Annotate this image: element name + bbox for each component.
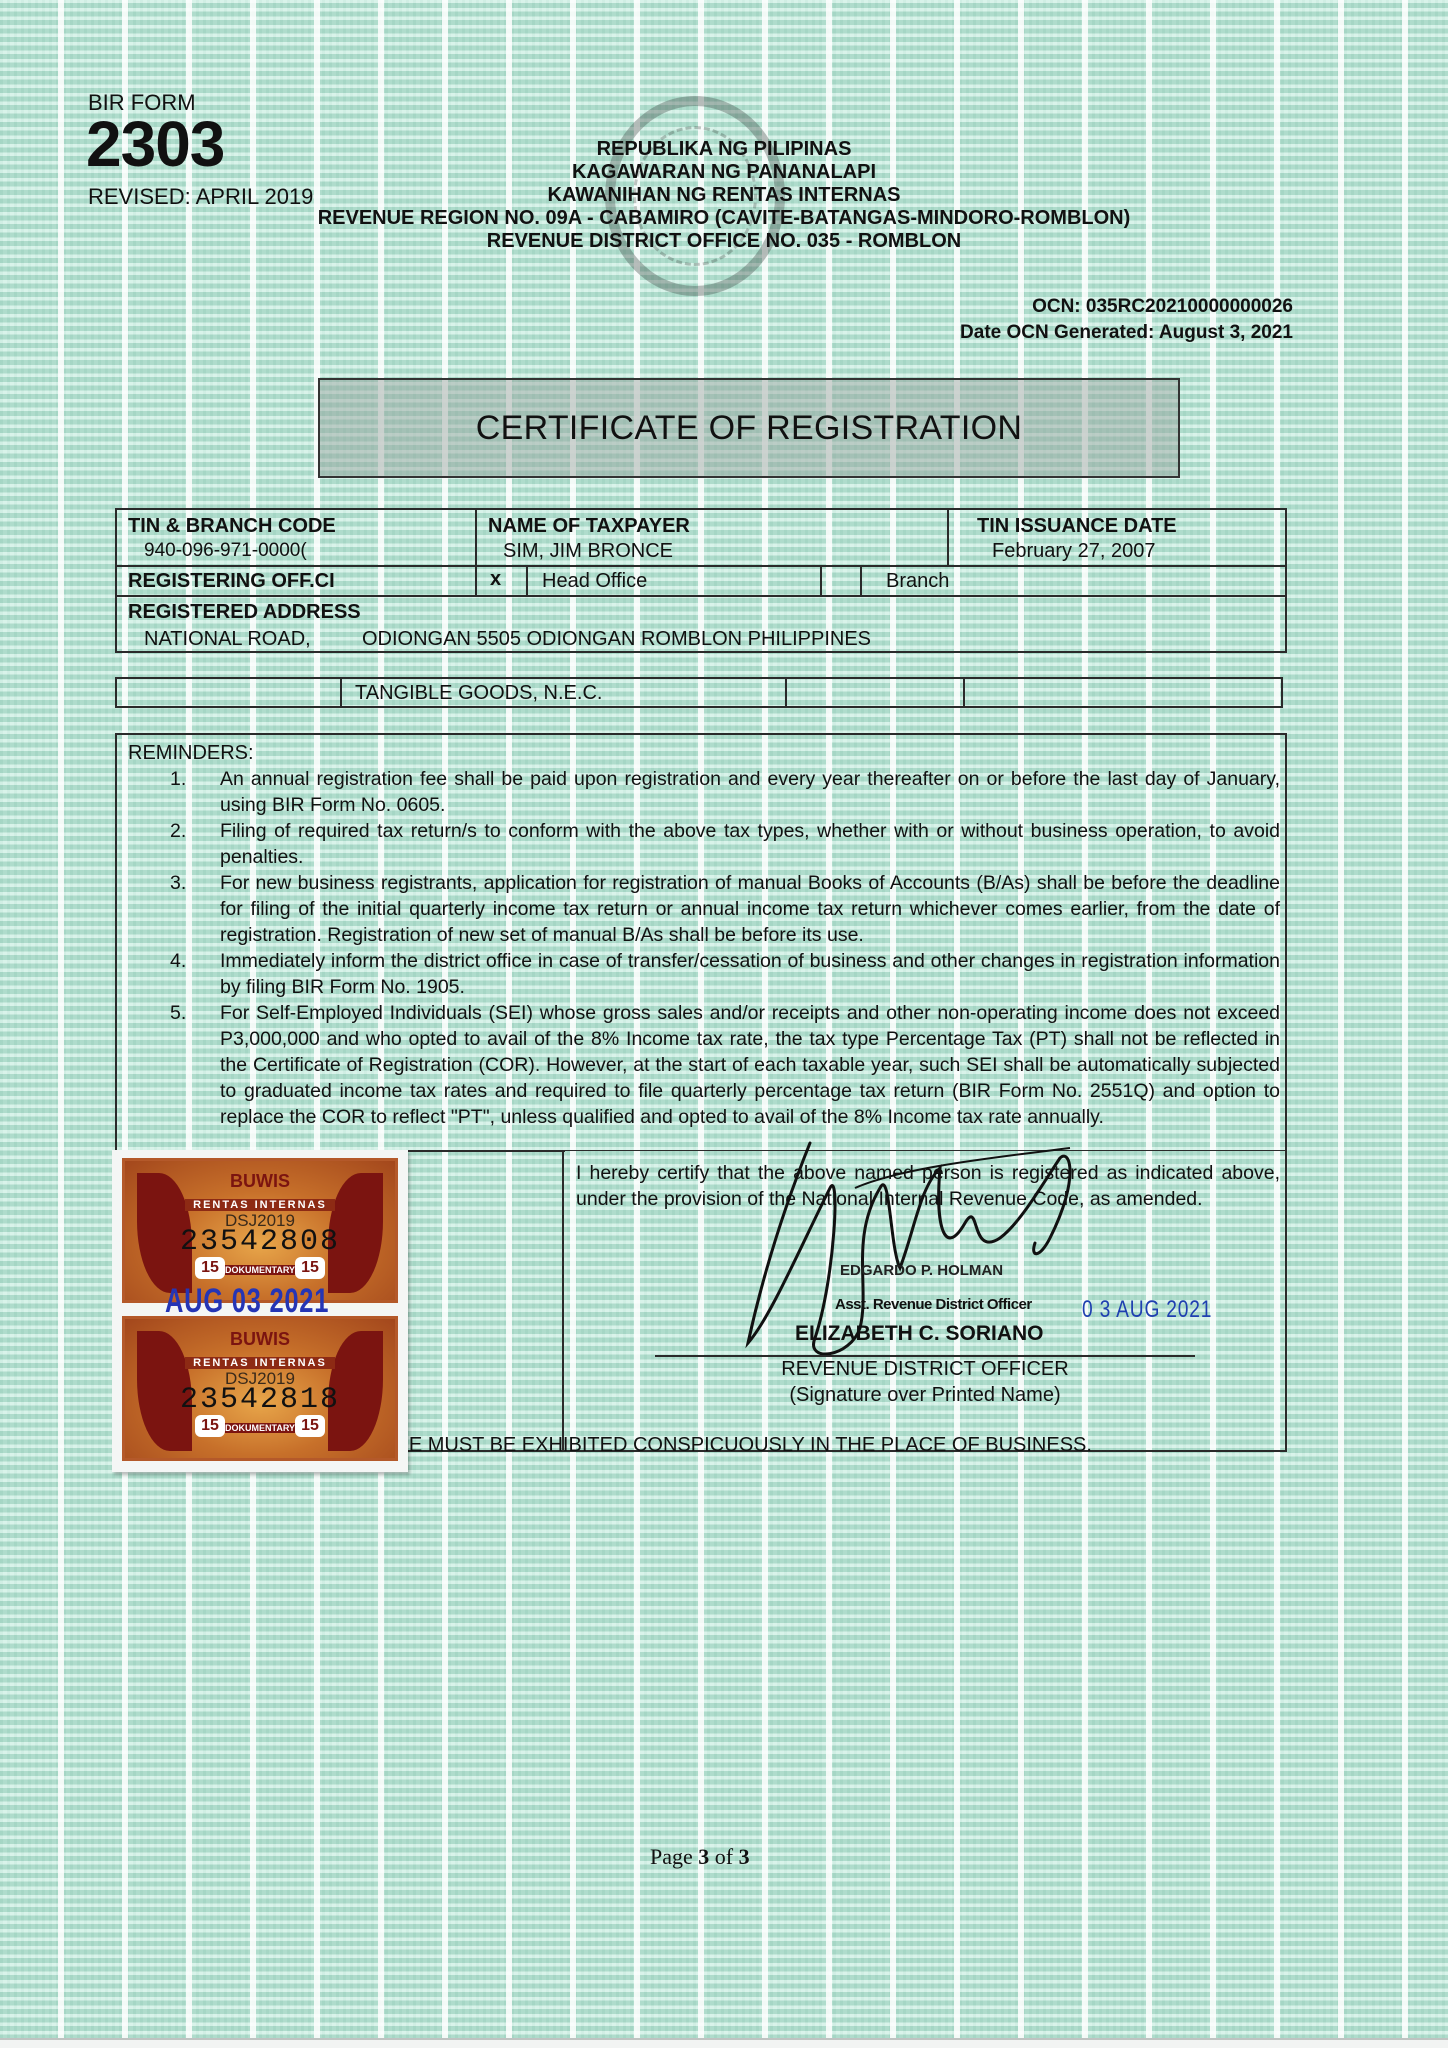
ocn-number: OCN: 035RC20210000000026 bbox=[1032, 296, 1293, 318]
rdo-name: ELIZABETH C. SORIANO bbox=[795, 1322, 1044, 1346]
tin-label: TIN & BRANCH CODE bbox=[128, 515, 336, 538]
tin-issuance-label: TIN ISSUANCE DATE bbox=[977, 515, 1177, 538]
address-locality: ODIONGAN 5505 ODIONGAN ROMBLON PHILIPPIN… bbox=[362, 628, 871, 651]
reminders-list: 1. An annual registration fee shall be p… bbox=[160, 766, 1280, 1130]
header-line-bureau: KAWANIHAN NG RENTAS INTERNAS bbox=[0, 184, 1448, 207]
cancellation-date-stamp: AUG 03 2021 bbox=[165, 1282, 329, 1321]
address-street: NATIONAL ROAD, bbox=[144, 628, 311, 651]
header-line-republic: REPUBLIKA NG PILIPINAS bbox=[0, 138, 1448, 161]
head-office-label: Head Office bbox=[542, 570, 647, 593]
lob-cell-2: TANGIBLE GOODS, N.E.C. bbox=[355, 682, 602, 705]
certificate-title: CERTIFICATE OF REGISTRATION bbox=[476, 409, 1022, 448]
certificate-title-box: CERTIFICATE OF REGISTRATION bbox=[318, 378, 1180, 478]
display-notice: 'E MUST BE EXHIBITED CONSPICUOUSLY IN TH… bbox=[405, 1434, 1092, 1457]
reminders-title: REMINDERS: bbox=[128, 742, 254, 765]
head-office-checkbox: x bbox=[490, 568, 501, 591]
tin-value: 940-096-971-0000( bbox=[144, 540, 307, 562]
signature-line bbox=[655, 1355, 1195, 1357]
branch-label: Branch bbox=[886, 570, 949, 593]
rdo-title: REVENUE DISTRICT OFFICER bbox=[655, 1358, 1195, 1381]
reminder-item: 3. For new business registrants, applica… bbox=[160, 870, 1280, 948]
address-label: REGISTERED ADDRESS bbox=[128, 601, 361, 624]
page-number: Page 3 of 3 bbox=[650, 1844, 750, 1870]
received-date-stamp: 0 3 AUG 2021 bbox=[1082, 1296, 1212, 1324]
reminder-item: 5. For Self-Employed Individuals (SEI) w… bbox=[160, 1000, 1280, 1130]
reminder-item: 1. An annual registration fee shall be p… bbox=[160, 766, 1280, 818]
registering-office-label: REGISTERING OFF.CI bbox=[128, 570, 335, 593]
reminder-item: 4. Immediately inform the district offic… bbox=[160, 948, 1280, 1000]
reminder-item: 2. Filing of required tax return/s to co… bbox=[160, 818, 1280, 870]
taxpayer-name-value: SIM, JIM BRONCE bbox=[503, 540, 673, 563]
header-line-department: KAGAWARAN NG PANANALAPI bbox=[0, 161, 1448, 184]
documentary-stamp: BUWIS RENTAS INTERNAS DSJ2019 23542818 1… bbox=[122, 1316, 398, 1461]
header-line-region: REVENUE REGION NO. 09A - CABAMIRO (CAVIT… bbox=[0, 207, 1448, 230]
ard-title: Asst. Revenue District Officer bbox=[835, 1296, 1032, 1313]
tin-issuance-value: February 27, 2007 bbox=[992, 540, 1155, 563]
header-line-district: REVENUE DISTRICT OFFICE NO. 035 - ROMBLO… bbox=[0, 230, 1448, 253]
rdo-subtitle: (Signature over Printed Name) bbox=[655, 1384, 1195, 1407]
taxpayer-name-label: NAME OF TAXPAYER bbox=[488, 515, 690, 538]
ard-name: EDGARDO P. HOLMAN bbox=[840, 1262, 1003, 1279]
page-edge bbox=[0, 2038, 1448, 2048]
ocn-date: Date OCN Generated: August 3, 2021 bbox=[960, 322, 1293, 344]
